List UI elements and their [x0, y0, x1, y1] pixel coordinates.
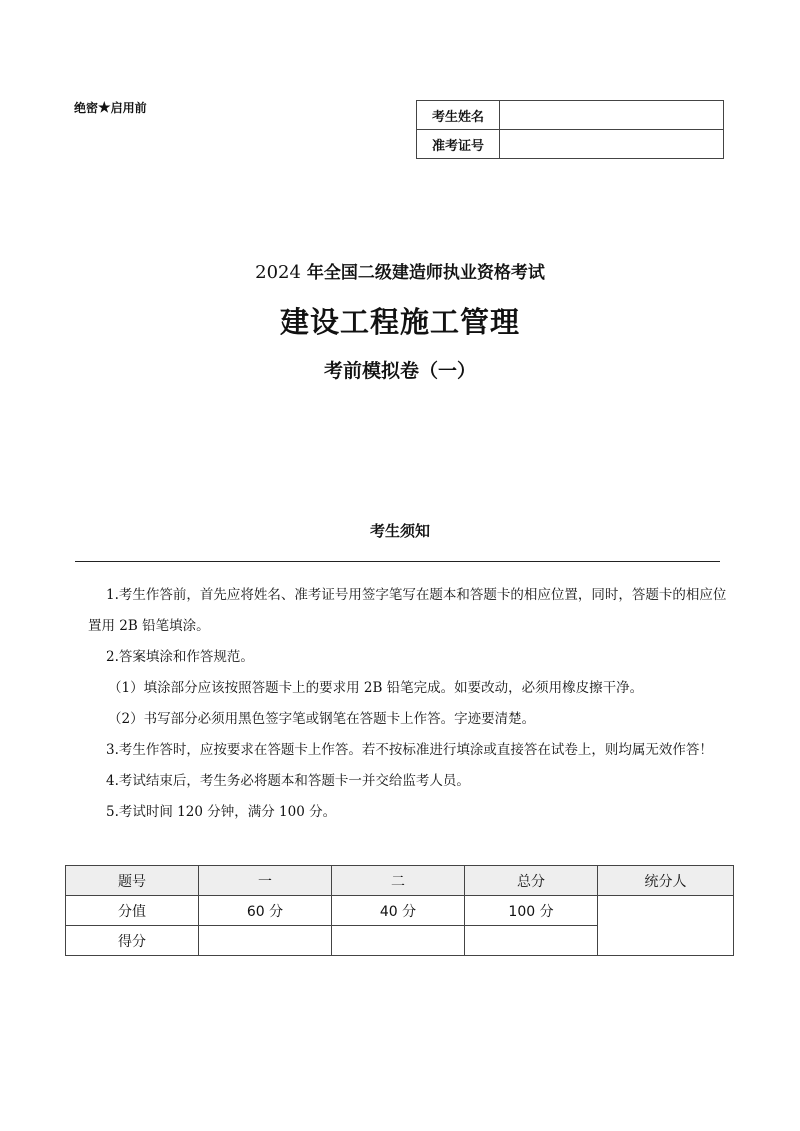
score-label: 得分 — [66, 926, 199, 956]
header-part-1: 一 — [199, 866, 332, 896]
star-icon: ★ — [98, 100, 111, 116]
notice-item-2: 2.答案填涂和作答规范。 — [88, 642, 728, 673]
secret-prefix: 绝密 — [74, 101, 98, 115]
exam-subtitle: 2024 年全国二级建造师执业资格考试 — [0, 258, 800, 283]
admission-number-label: 准考证号 — [417, 130, 500, 159]
admission-number-row: 准考证号 — [417, 130, 724, 159]
notice-item-5: 5.考试时间 120 分钟，满分 100 分。 — [88, 797, 728, 828]
confidential-mark: 绝密★启用前 — [74, 99, 147, 116]
points-part-2: 40 分 — [332, 896, 465, 926]
notice-item-2-1: （1）填涂部分应该按照答题卡上的要求用 2B 铅笔完成。如要改动，必须用橡皮擦干… — [88, 673, 728, 704]
score-table-header: 题号 一 二 总分 统分人 — [66, 866, 734, 896]
secret-suffix: 启用前 — [111, 101, 147, 115]
notice-item-3: 3.考生作答时，应按要求在答题卡上作答。若不按标准进行填涂或直接答在试卷上，则均… — [88, 735, 728, 766]
score-part-2[interactable] — [332, 926, 465, 956]
points-total: 100 分 — [465, 896, 598, 926]
header-scorer: 统分人 — [598, 866, 734, 896]
admission-number-field[interactable] — [500, 130, 724, 159]
candidate-info-table: 考生姓名 准考证号 — [416, 100, 724, 159]
notice-heading: 考生须知 — [0, 520, 800, 541]
candidate-name-label: 考生姓名 — [417, 101, 500, 130]
subject-title: 建设工程施工管理 — [0, 300, 800, 341]
points-row: 分值 60 分 40 分 100 分 — [66, 896, 734, 926]
score-table: 题号 一 二 总分 统分人 分值 60 分 40 分 100 分 得分 — [65, 865, 734, 956]
header-part-2: 二 — [332, 866, 465, 896]
paper-title: 考前模拟卷（一） — [0, 356, 800, 383]
exam-name: 年全国二级建造师执业资格考试 — [307, 263, 545, 283]
score-total[interactable] — [465, 926, 598, 956]
header-question-no: 题号 — [66, 866, 199, 896]
candidate-name-field[interactable] — [500, 101, 724, 130]
candidate-name-row: 考生姓名 — [417, 101, 724, 130]
notice-list: 1.考生作答前，首先应将姓名、准考证号用签字笔写在题本和答题卡的相应位置，同时，… — [88, 580, 728, 828]
exam-year: 2024 — [255, 262, 301, 283]
notice-item-2-2: （2）书写部分必须用黑色签字笔或钢笔在答题卡上作答。字迹要清楚。 — [88, 704, 728, 735]
header-total: 总分 — [465, 866, 598, 896]
points-label: 分值 — [66, 896, 199, 926]
points-part-1: 60 分 — [199, 896, 332, 926]
notice-item-1: 1.考生作答前，首先应将姓名、准考证号用签字笔写在题本和答题卡的相应位置，同时，… — [88, 580, 728, 642]
scorer-field[interactable] — [598, 896, 734, 956]
divider — [75, 561, 720, 562]
score-part-1[interactable] — [199, 926, 332, 956]
notice-item-4: 4.考试结束后，考生务必将题本和答题卡一并交给监考人员。 — [88, 766, 728, 797]
